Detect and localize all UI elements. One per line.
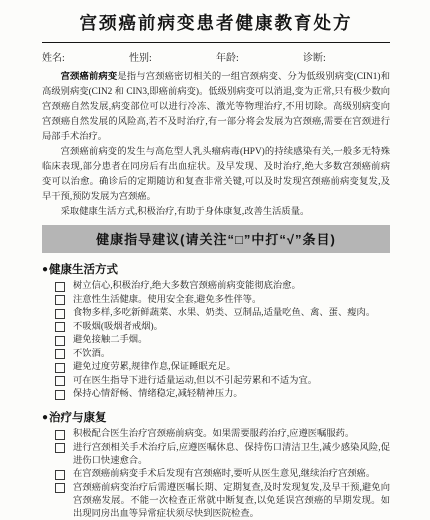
checklist-item-label: 不饮酒。 [73, 348, 390, 361]
intro-paragraph-3: 采取健康生活方式,积极治疗,有助于身体康复,改善生活质量。 [42, 205, 390, 220]
intro-paragraph-2: 宫颈癌前病变的发生与高危型人乳头瘤病毒(HPV)的持续感染有关,一般多无特殊临床… [42, 145, 390, 205]
checklist-item: 在宫颈癌前病变手术后发现有宫颈癌时,要听从医生意见,继续治疗宫颈癌。 [42, 468, 390, 481]
diagnosis-field: 诊断: [303, 49, 390, 64]
document-page: 宫颈癌前病变患者健康教育处方 姓名: 性别: 年龄: 诊断: 宫颈癌前病变是指与… [0, 0, 430, 520]
intro-text: 宫颈癌前病变是指与宫颈癌密切相关的一组宫颈病变、分为低级别病变(CIN1)和高级… [42, 70, 390, 220]
name-field-input[interactable] [65, 52, 129, 64]
intro-paragraph-1-text: 是指与宫颈癌密切相关的一组宫颈病变、分为低级别病变(CIN1)和高级别病变(CI… [42, 72, 390, 142]
checkbox[interactable] [55, 430, 65, 440]
diagnosis-field-input[interactable] [326, 52, 390, 64]
checklist-item: 可在医生指导下进行适量运动,但以不引起劳累和不适为宜。 [42, 375, 390, 388]
checkbox[interactable] [55, 390, 65, 400]
checklist-item: 保持心情舒畅、情绪稳定,减轻精神压力。 [42, 388, 390, 401]
page-title: 宫颈癌前病变患者健康教育处方 [42, 10, 390, 35]
intro-paragraph-1: 宫颈癌前病变是指与宫颈癌密切相关的一组宫颈病变、分为低级别病变(CIN1)和高级… [42, 70, 390, 145]
checklist-item-label: 树立信心,积极治疗,绝大多数宫颈癌前病变能彻底治愈。 [73, 280, 390, 293]
patient-info-row: 姓名: 性别: 年龄: 诊断: [42, 49, 390, 64]
checklist-item-label: 食物多样,多吃新鲜蔬菜、水果、奶类、豆制品,适量吃鱼、禽、蛋、瘦肉。 [73, 307, 390, 320]
checklist-item-label: 可在医生指导下进行适量运动,但以不引起劳累和不适为宜。 [73, 375, 390, 388]
checklist-item: 注意性生活健康。使用安全套,避免多性伴等。 [42, 294, 390, 307]
section-heading-healthy-lifestyle: ● 健康生活方式 [42, 261, 390, 277]
checklist-item-label: 积极配合医生治疗宫颈癌前病变。如果需要服药治疗,应遵医嘱服药。 [73, 428, 390, 441]
checklist-item-label: 不吸烟(吸烟者戒烟)。 [73, 321, 390, 334]
checklist-item: 不吸烟(吸烟者戒烟)。 [42, 321, 390, 334]
checkbox[interactable] [55, 309, 65, 319]
section-heading-label: 治疗与康复 [49, 409, 107, 425]
gender-field: 性别: [129, 49, 216, 64]
bullet-icon: ● [42, 264, 48, 275]
checkbox[interactable] [55, 322, 65, 332]
checklist-item-label: 避免过度劳累,规律作息,保证睡眠充足。 [73, 361, 390, 374]
diagnosis-field-label: 诊断: [303, 49, 326, 64]
header-divider [42, 42, 390, 43]
checklist-healthy-lifestyle: 树立信心,积极治疗,绝大多数宫颈癌前病变能彻底治愈。 注意性生活健康。使用安全套… [42, 280, 390, 401]
checklist-item: 积极配合医生治疗宫颈癌前病变。如果需要服药治疗,应遵医嘱服药。 [42, 428, 390, 441]
checklist-item-label: 在宫颈癌前病变手术后发现有宫颈癌时,要听从医生意见,继续治疗宫颈癌。 [73, 468, 390, 481]
checklist-item-label: 避免接触二手烟。 [73, 334, 390, 347]
checklist-item: 树立信心,积极治疗,绝大多数宫颈癌前病变能彻底治愈。 [42, 280, 390, 293]
checklist-item: 食物多样,多吃新鲜蔬菜、水果、奶类、豆制品,适量吃鱼、禽、蛋、瘦肉。 [42, 307, 390, 320]
checklist-item-label: 宫颈癌前病变治疗后需遵医嘱长期、定期复查,及时发现复发,及早干预,避免向宫颈癌发… [73, 482, 390, 520]
checklist-treatment-recovery: 积极配合医生治疗宫颈癌前病变。如果需要服药治疗,应遵医嘱服药。 进行宫颈相关手术… [42, 428, 390, 520]
checklist-item: 不饮酒。 [42, 348, 390, 361]
checklist-item-label: 保持心情舒畅、情绪稳定,减轻精神压力。 [73, 388, 390, 401]
gender-field-label: 性别: [129, 49, 152, 64]
checkbox[interactable] [55, 295, 65, 305]
bullet-icon: ● [42, 412, 48, 423]
section-heading-label: 健康生活方式 [49, 261, 118, 277]
checkbox[interactable] [55, 470, 65, 480]
guidance-banner: 健康指导建议(请关注“□”中打“√”条目) [42, 225, 390, 253]
name-field-label: 姓名: [42, 49, 65, 64]
checkbox[interactable] [55, 376, 65, 386]
checkbox[interactable] [55, 336, 65, 346]
checkbox[interactable] [55, 483, 65, 493]
section-heading-treatment-recovery: ● 治疗与康复 [42, 409, 390, 425]
checkbox[interactable] [55, 349, 65, 359]
checklist-item: 避免接触二手烟。 [42, 334, 390, 347]
checklist-item: 宫颈癌前病变治疗后需遵医嘱长期、定期复查,及时发现复发,及早干预,避免向宫颈癌发… [42, 482, 390, 520]
checklist-item-label: 注意性生活健康。使用安全套,避免多性伴等。 [73, 294, 390, 307]
checkbox[interactable] [55, 443, 65, 453]
age-field: 年龄: [216, 49, 303, 64]
name-field: 姓名: [42, 49, 129, 64]
checkbox[interactable] [55, 282, 65, 292]
age-field-input[interactable] [239, 52, 303, 64]
gender-field-input[interactable] [152, 52, 216, 64]
checklist-item-label: 进行宫颈相关手术治疗后,应遵医嘱休息、保持伤口清洁卫生,减少感染风险,促进伤口快… [73, 442, 390, 468]
checklist-item: 进行宫颈相关手术治疗后,应遵医嘱休息、保持伤口清洁卫生,减少感染风险,促进伤口快… [42, 442, 390, 468]
intro-lead-term: 宫颈癌前病变 [61, 72, 118, 82]
age-field-label: 年龄: [216, 49, 239, 64]
checkbox[interactable] [55, 363, 65, 373]
checklist-item: 避免过度劳累,规律作息,保证睡眠充足。 [42, 361, 390, 374]
